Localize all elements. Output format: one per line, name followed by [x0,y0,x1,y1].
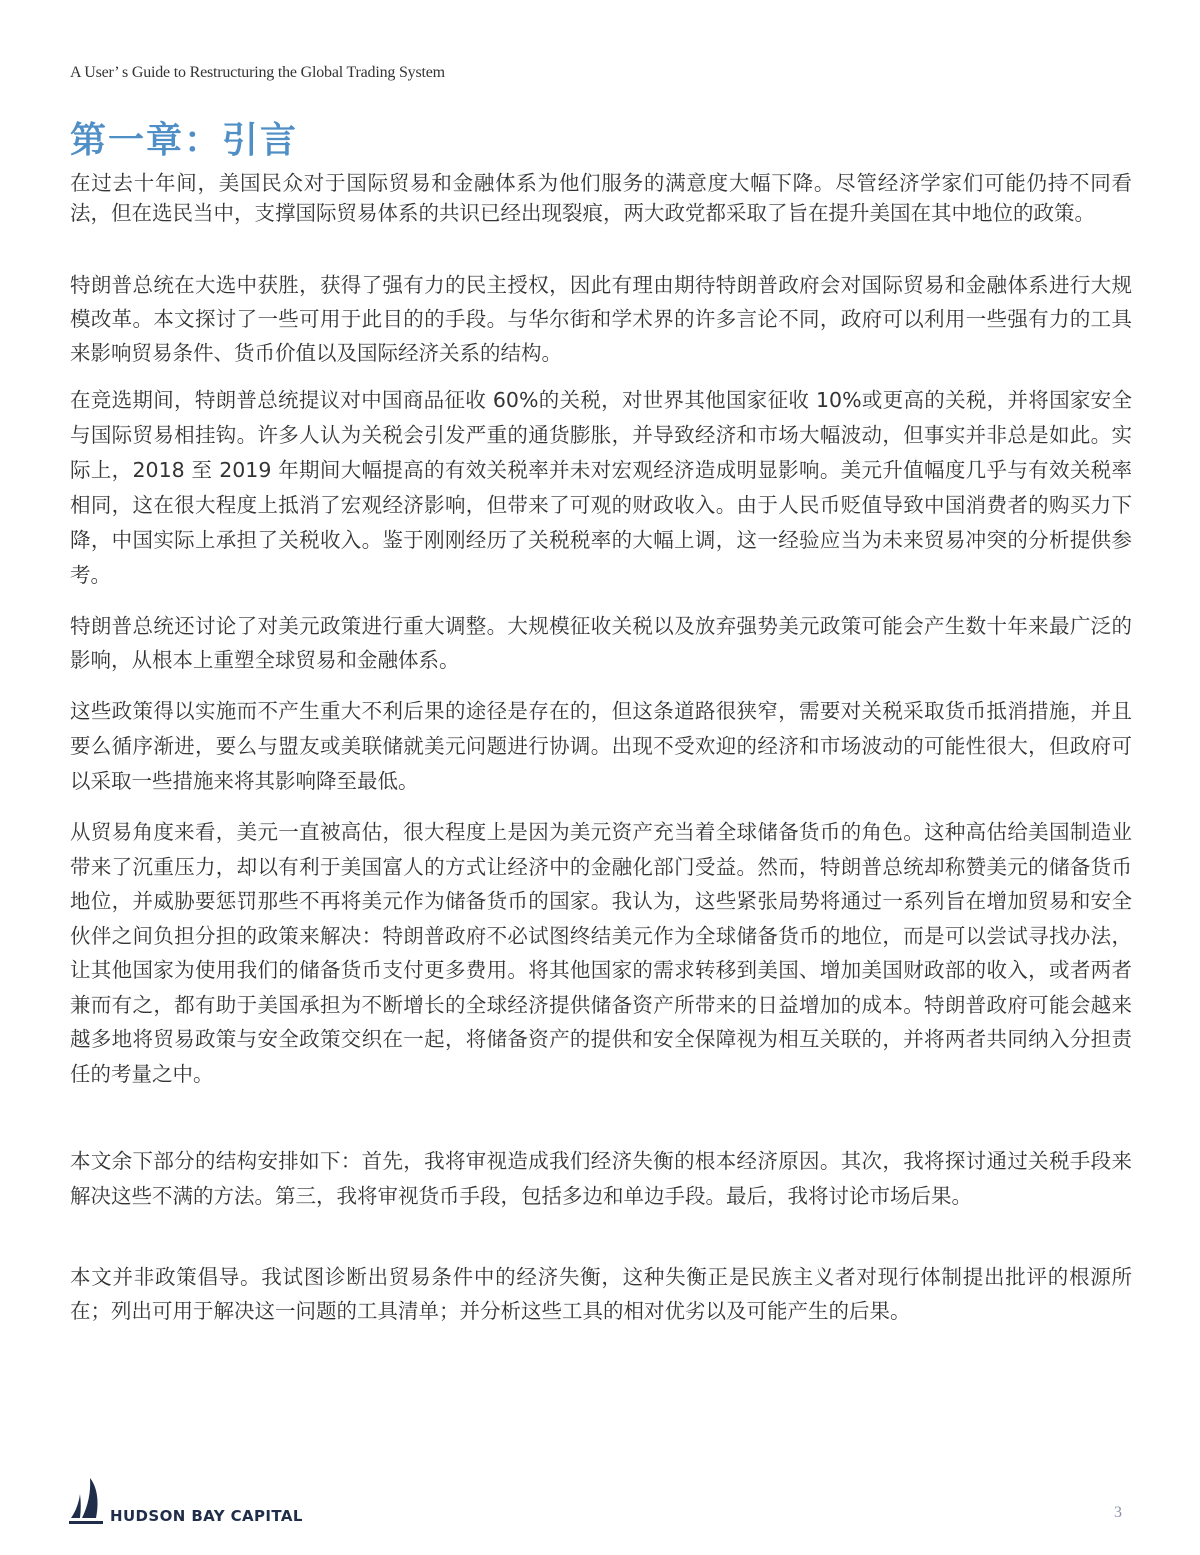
paragraph-8: 本文并非政策倡导。我试图诊断出贸易条件中的经济失衡，这种失衡正是民族主义者对现行… [70,1260,1132,1328]
paragraph-3: 在竞选期间，特朗普总统提议对中国商品征收 60%的关税，对世界其他国家征收 10… [70,383,1132,593]
paragraph-2: 特朗普总统在大选中获胜，获得了强有力的民主授权，因此有理由期待特朗普政府会对国际… [70,268,1132,370]
paragraph-6: 从贸易角度来看，美元一直被高估，很大程度上是因为美元资产充当着全球储备货币的角色… [70,815,1132,1091]
sailboat-icon [68,1476,104,1526]
footer-logo: HUDSON BAY CAPITAL [68,1476,303,1526]
paragraph-7: 本文余下部分的结构安排如下：首先，我将审视造成我们经济失衡的根本经济原因。其次，… [70,1144,1132,1214]
paragraph-1: 在过去十年间，美国民众对于国际贸易和金融体系为他们服务的满意度大幅下降。尽管经济… [70,168,1132,228]
page-number: 3 [1114,1504,1122,1522]
paragraph-5: 这些政策得以实施而不产生重大不利后果的途径是存在的，但这条道路很狭窄，需要对关税… [70,694,1132,799]
chapter-title: 第一章：引言 [70,118,298,162]
company-name: HUDSON BAY CAPITAL [110,1507,303,1525]
paragraph-4: 特朗普总统还讨论了对美元政策进行重大调整。大规模征收关税以及放弃强势美元政策可能… [70,609,1132,677]
running-header: A User’ s Guide to Restructuring the Glo… [70,64,445,82]
